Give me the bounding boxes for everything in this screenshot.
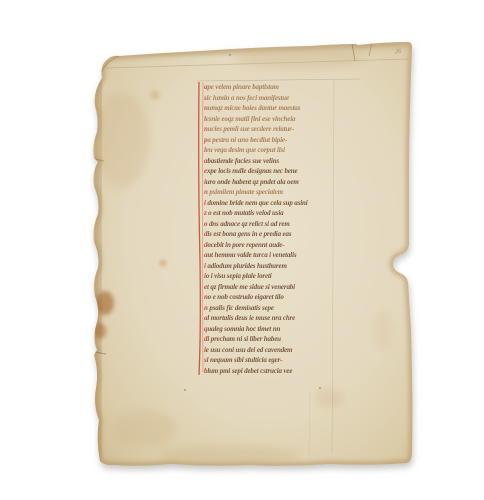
- stain-bottom-band: [160, 446, 300, 464]
- stain-bottom-right: [315, 388, 345, 408]
- folio-number: 26: [395, 49, 402, 56]
- speck-3: [229, 54, 231, 56]
- stain-left-rust-1: [96, 291, 114, 315]
- stain-left-rust-2: [94, 323, 106, 339]
- parchment-leaf: [0, 0, 484, 500]
- speck-1: [184, 389, 186, 391]
- stain-orange-dot: [160, 260, 166, 266]
- stain-upper-left-wash: [94, 92, 150, 188]
- stain-small-spot: [150, 90, 160, 100]
- speck-2: [319, 387, 321, 389]
- stain-bottom-left-wash: [113, 410, 177, 446]
- stain-top-band: [235, 46, 365, 70]
- stain-right-margin: [372, 310, 392, 350]
- manuscript-leaf-photo: 26 ape velem pinare baptistam sic lumin …: [0, 0, 484, 500]
